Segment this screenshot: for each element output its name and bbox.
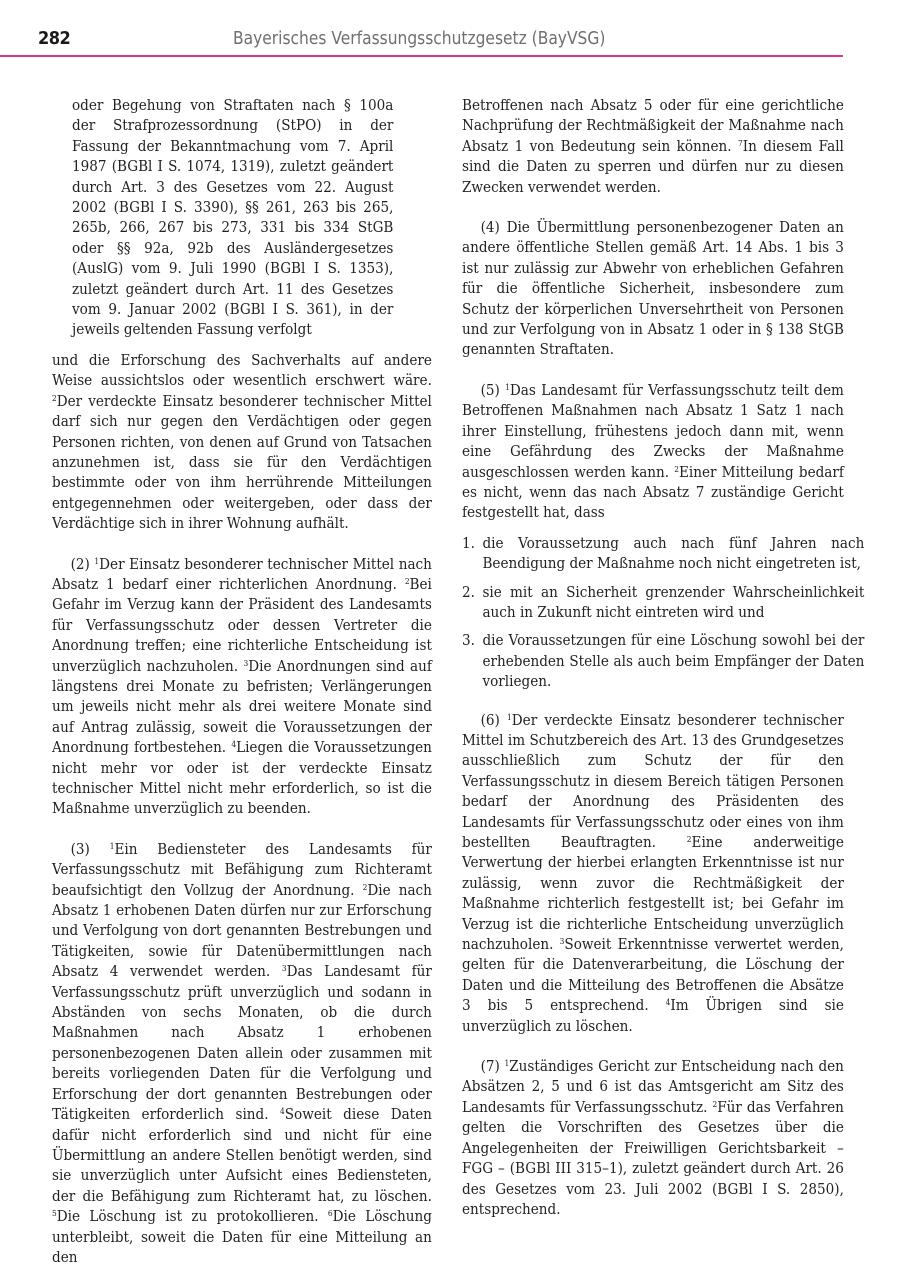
page-header: 282 Bayerisches Verfassungsschutzgesetz … bbox=[0, 0, 900, 58]
paragraph-5: (5) 1Das Landesamt für Verfassungsschutz… bbox=[462, 381, 844, 524]
paragraph-2: (2) 1Der Einsatz besonderer technischer … bbox=[52, 555, 432, 820]
list-item: 1. die Voraussetzung auch nach fünf Jahr… bbox=[462, 534, 864, 575]
paragraph-4: (4) Die Übermittlung personenbezogener D… bbox=[462, 218, 844, 361]
numbered-list: 1. die Voraussetzung auch nach fünf Jahr… bbox=[462, 534, 844, 693]
left-column: oder Begehung von Straftaten nach § 100a… bbox=[52, 96, 432, 1268]
paragraph-label: (6) bbox=[481, 712, 500, 729]
paragraph-label: (2) bbox=[71, 556, 90, 573]
list-item-text: oder Begehung von Straftaten nach § 100a… bbox=[72, 96, 393, 341]
header-rule bbox=[0, 55, 843, 57]
paragraph-label: (7) bbox=[481, 1058, 500, 1075]
paragraph-label: (4) bbox=[481, 219, 500, 236]
paragraph-3: (3) 1Ein Bediensteter des Landesamts für… bbox=[52, 840, 432, 1269]
right-column: Betroffenen nach Absatz 5 oder für eine … bbox=[462, 96, 844, 1220]
paragraph-label: (5) bbox=[481, 382, 500, 399]
paragraph-label: (3) bbox=[71, 841, 90, 858]
paragraph-7: (7) 1Zuständiges Gericht zur Entscheidun… bbox=[462, 1057, 844, 1220]
paragraph-1-continuation: und die Erforschung des Sachverhalts auf… bbox=[52, 351, 432, 535]
continued-list-item: oder Begehung von Straftaten nach § 100a… bbox=[72, 96, 432, 341]
list-item: 2. sie mit an Sicherheit grenzender Wahr… bbox=[462, 583, 864, 624]
paragraph-3-continuation: Betroffenen nach Absatz 5 oder für eine … bbox=[462, 96, 844, 198]
paragraph-6: (6) 1Der verdeckte Einsatz besonderer te… bbox=[462, 711, 844, 1038]
page-number: 282 bbox=[38, 28, 70, 49]
running-title: Bayerisches Verfassungsschutzgesetz (Bay… bbox=[233, 28, 605, 49]
list-item: 3. die Voraussetzungen für eine Löschung… bbox=[462, 631, 864, 692]
